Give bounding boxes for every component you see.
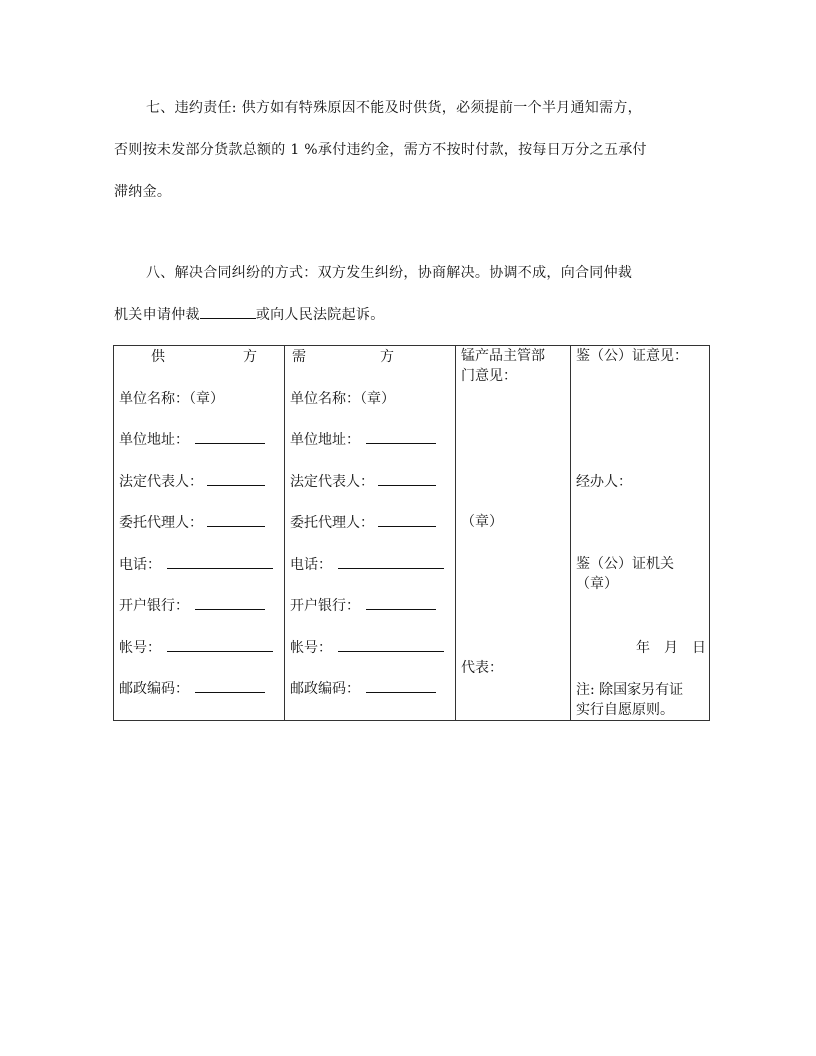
buyer-bank: 开户银行： <box>290 595 450 637</box>
notary-note-line-1: 注: 除国家另有证 <box>576 682 683 698</box>
field-label: 开户银行： <box>119 598 189 614</box>
buyer-agent: 委托代理人： <box>290 512 450 554</box>
supplier-postcode: 邮政编码： <box>119 678 279 720</box>
buyer-account: 帐号： <box>290 637 450 679</box>
supplier-unit-address: 单位地址： <box>119 429 279 471</box>
field-label: 帐号： <box>290 640 332 656</box>
section-8-line-2-after: 或向人民法院起诉。 <box>256 307 385 323</box>
authority-column: 锰产品主管部 门意见： （章） 代表： <box>456 346 571 721</box>
supplier-unit-name: 单位名称：（章） <box>119 388 279 430</box>
notary-title: 鉴（公）证意见： <box>576 346 688 366</box>
supplier-header: 供 方 <box>119 346 279 388</box>
field-label: 委托代理人： <box>119 515 203 531</box>
buyer-postcode-field[interactable] <box>366 678 436 693</box>
signature-table: 供 方 单位名称：（章） 单位地址： 法定代表人： 委托代理人： 电话： 开户银… <box>113 345 710 721</box>
field-label: 帐号： <box>119 640 161 656</box>
field-label: 单位地址： <box>119 432 189 448</box>
notary-date: 年 月 日 <box>636 638 706 658</box>
authority-representative: 代表： <box>461 658 503 678</box>
authority-title-line-1: 锰产品主管部 <box>461 348 545 364</box>
authority-title-line-2: 门意见： <box>461 368 517 384</box>
supplier-header-left: 供 <box>151 346 165 388</box>
buyer-phone-field[interactable] <box>338 554 444 569</box>
buyer-header: 需 方 <box>290 346 450 388</box>
notary-note-line-2: 实行自愿原则。 <box>576 702 674 718</box>
notary-note: 注: 除国家另有证 实行自愿原则。 <box>576 680 683 720</box>
section-7-line-3: 滞纳金。 <box>114 184 171 200</box>
supplier-agent: 委托代理人： <box>119 512 279 554</box>
buyer-legal-rep: 法定代表人： <box>290 471 450 513</box>
supplier-agent-field[interactable] <box>207 512 265 527</box>
notary-office-line-1: 鉴（公）证机关 <box>576 556 674 572</box>
buyer-unit-name: 单位名称：（章） <box>290 388 450 430</box>
buyer-unit-address: 单位地址： <box>290 429 450 471</box>
arbitration-blank-field[interactable] <box>200 304 256 319</box>
field-label: 电话： <box>290 557 332 573</box>
buyer-unit-address-field[interactable] <box>366 429 436 444</box>
section-7-line-1: 七、违约责任: 供方如有特殊原因不能及时供货，必须提前一个半月通知需方， <box>146 100 642 116</box>
buyer-column: 需 方 单位名称：（章） 单位地址： 法定代表人： 委托代理人： 电话： 开户银… <box>285 346 456 721</box>
buyer-bank-field[interactable] <box>366 595 436 610</box>
notary-office: 鉴（公）证机关 （章） <box>576 554 674 594</box>
field-label: 委托代理人： <box>290 515 374 531</box>
section-8-line-2-before: 机关申请仲裁 <box>114 307 200 323</box>
buyer-phone: 电话： <box>290 554 450 596</box>
buyer-postcode: 邮政编码： <box>290 678 450 720</box>
notary-column: 鉴（公）证意见： 经办人： 鉴（公）证机关 （章） 年 月 日 注: 除国家另有… <box>571 346 710 721</box>
supplier-account-field[interactable] <box>167 637 273 652</box>
supplier-unit-address-field[interactable] <box>195 429 265 444</box>
field-label: 法定代表人： <box>290 474 374 490</box>
supplier-bank: 开户银行： <box>119 595 279 637</box>
authority-seal: （章） <box>461 512 503 532</box>
supplier-legal-rep-field[interactable] <box>207 471 265 486</box>
notary-handler: 经办人： <box>576 472 632 492</box>
notary-office-line-2: （章） <box>576 576 618 592</box>
supplier-account: 帐号： <box>119 637 279 679</box>
section-7-penalty: 七、违约责任: 供方如有特殊原因不能及时供货，必须提前一个半月通知需方， 否则按… <box>114 87 706 213</box>
section-8-line-1: 八、解决合同纠纷的方式：双方发生纠纷，协商解决。协调不成，向合同仲裁 <box>146 265 632 281</box>
supplier-column: 供 方 单位名称：（章） 单位地址： 法定代表人： 委托代理人： 电话： 开户银… <box>114 346 285 721</box>
supplier-postcode-field[interactable] <box>195 678 265 693</box>
buyer-header-right: 方 <box>380 346 394 388</box>
buyer-header-left: 需 <box>292 346 306 388</box>
field-label: 邮政编码： <box>119 681 189 697</box>
supplier-phone-field[interactable] <box>167 554 273 569</box>
section-8-dispute: 八、解决合同纠纷的方式：双方发生纠纷，协商解决。协调不成，向合同仲裁 机关申请仲… <box>114 252 706 336</box>
field-label: 电话： <box>119 557 161 573</box>
supplier-bank-field[interactable] <box>195 595 265 610</box>
supplier-header-right: 方 <box>243 346 257 388</box>
field-label: 单位地址： <box>290 432 360 448</box>
field-label: 开户银行： <box>290 598 360 614</box>
supplier-legal-rep: 法定代表人： <box>119 471 279 513</box>
section-7-line-2: 否则按未发部分货款总额的 1 %承付违约金，需方不按时付款，按每日万分之五承付 <box>114 142 647 158</box>
supplier-phone: 电话： <box>119 554 279 596</box>
buyer-agent-field[interactable] <box>378 512 436 527</box>
field-label: 单位名称：（章） <box>290 391 395 407</box>
buyer-account-field[interactable] <box>338 637 444 652</box>
authority-title: 锰产品主管部 门意见： <box>461 346 545 386</box>
field-label: 法定代表人： <box>119 474 203 490</box>
field-label: 单位名称：（章） <box>119 391 224 407</box>
buyer-legal-rep-field[interactable] <box>378 471 436 486</box>
field-label: 邮政编码： <box>290 681 360 697</box>
